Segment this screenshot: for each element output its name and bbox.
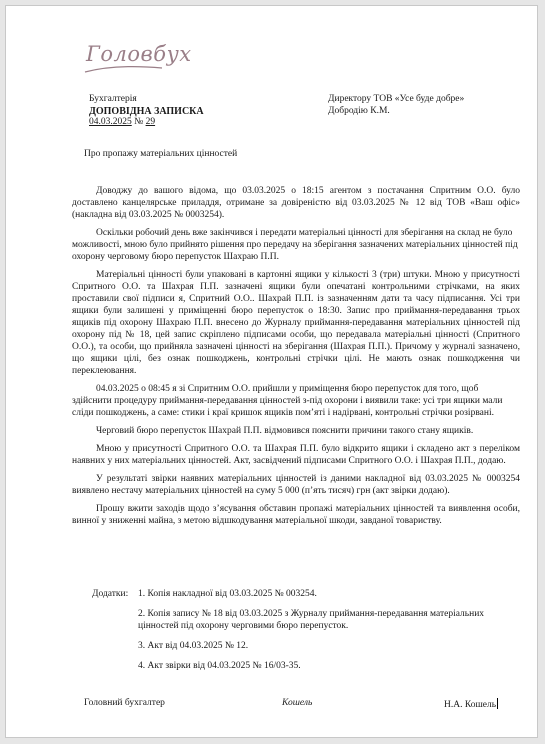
department: Бухгалтерія <box>89 94 204 106</box>
paragraph: Доводжу до вашого відома, що 03.03.2025 … <box>72 185 520 221</box>
attachment-item: 2. Копія запису № 18 від 03.03.2025 з Жу… <box>138 608 498 632</box>
body-text: Доводжу до вашого відома, що 03.03.2025 … <box>72 185 520 533</box>
paragraph: Прошу вжити заходів щодо з’ясування обст… <box>72 503 520 527</box>
addressee-line-1: Директору ТОВ «Усе буде добре» <box>328 94 464 106</box>
paragraph: У результаті звірки наявних матеріальних… <box>72 473 520 497</box>
signer-name: Н.А. Кошель <box>444 700 496 710</box>
attachment-item: 4. Акт звірки від 04.03.2025 № 16/03-35. <box>138 660 498 672</box>
paragraph: Оскільки робочий день вже закінчився і п… <box>72 227 520 263</box>
paragraph: 04.03.2025 о 08:45 я зі Спритним О.О. пр… <box>72 383 520 419</box>
doc-type: ДОПОВІДНА ЗАПИСКА <box>89 106 204 118</box>
text-cursor <box>497 698 498 709</box>
attachments-label: Додатки: <box>92 588 128 600</box>
document-page[interactable]: Головбух Бухгалтерія ДОПОВІДНА ЗАПИСКА 0… <box>5 5 538 738</box>
paragraph: Мною у присутності Спритного О.О. та Шах… <box>72 443 520 467</box>
logo-swoosh-icon <box>84 64 164 74</box>
doc-date: 04.03.2025 <box>89 117 132 127</box>
logo: Головбух <box>84 42 174 82</box>
number-sign: № <box>134 117 143 127</box>
sender-block: Бухгалтерія ДОПОВІДНА ЗАПИСКА 04.03.2025… <box>89 94 204 129</box>
addressee-line-2: Добродію К.М. <box>328 106 464 118</box>
doc-date-number: 04.03.2025 № 29 <box>89 117 204 129</box>
signer-signature: Кошель <box>282 698 312 708</box>
paragraph: Матеріальні цінності були упаковані в ка… <box>72 269 520 377</box>
paragraph: Черговий бюро перепусток Шахрай П.П. від… <box>72 425 520 437</box>
doc-number: 29 <box>146 117 156 127</box>
signer-name-wrap[interactable]: Н.А. Кошель <box>444 698 498 710</box>
attachment-item: 1. Копія накладної від 03.03.2025 № 0032… <box>138 588 498 600</box>
addressee-block: Директору ТОВ «Усе буде добре» Добродію … <box>328 94 464 117</box>
attachments-list: 1. Копія накладної від 03.03.2025 № 0032… <box>138 588 498 680</box>
logo-text: Головбух <box>86 42 192 66</box>
subject: Про пропажу матеріальних цінностей <box>84 149 237 159</box>
signer-position: Головний бухгалтер <box>84 698 165 708</box>
attachment-item: 3. Акт від 04.03.2025 № 12. <box>138 640 498 652</box>
